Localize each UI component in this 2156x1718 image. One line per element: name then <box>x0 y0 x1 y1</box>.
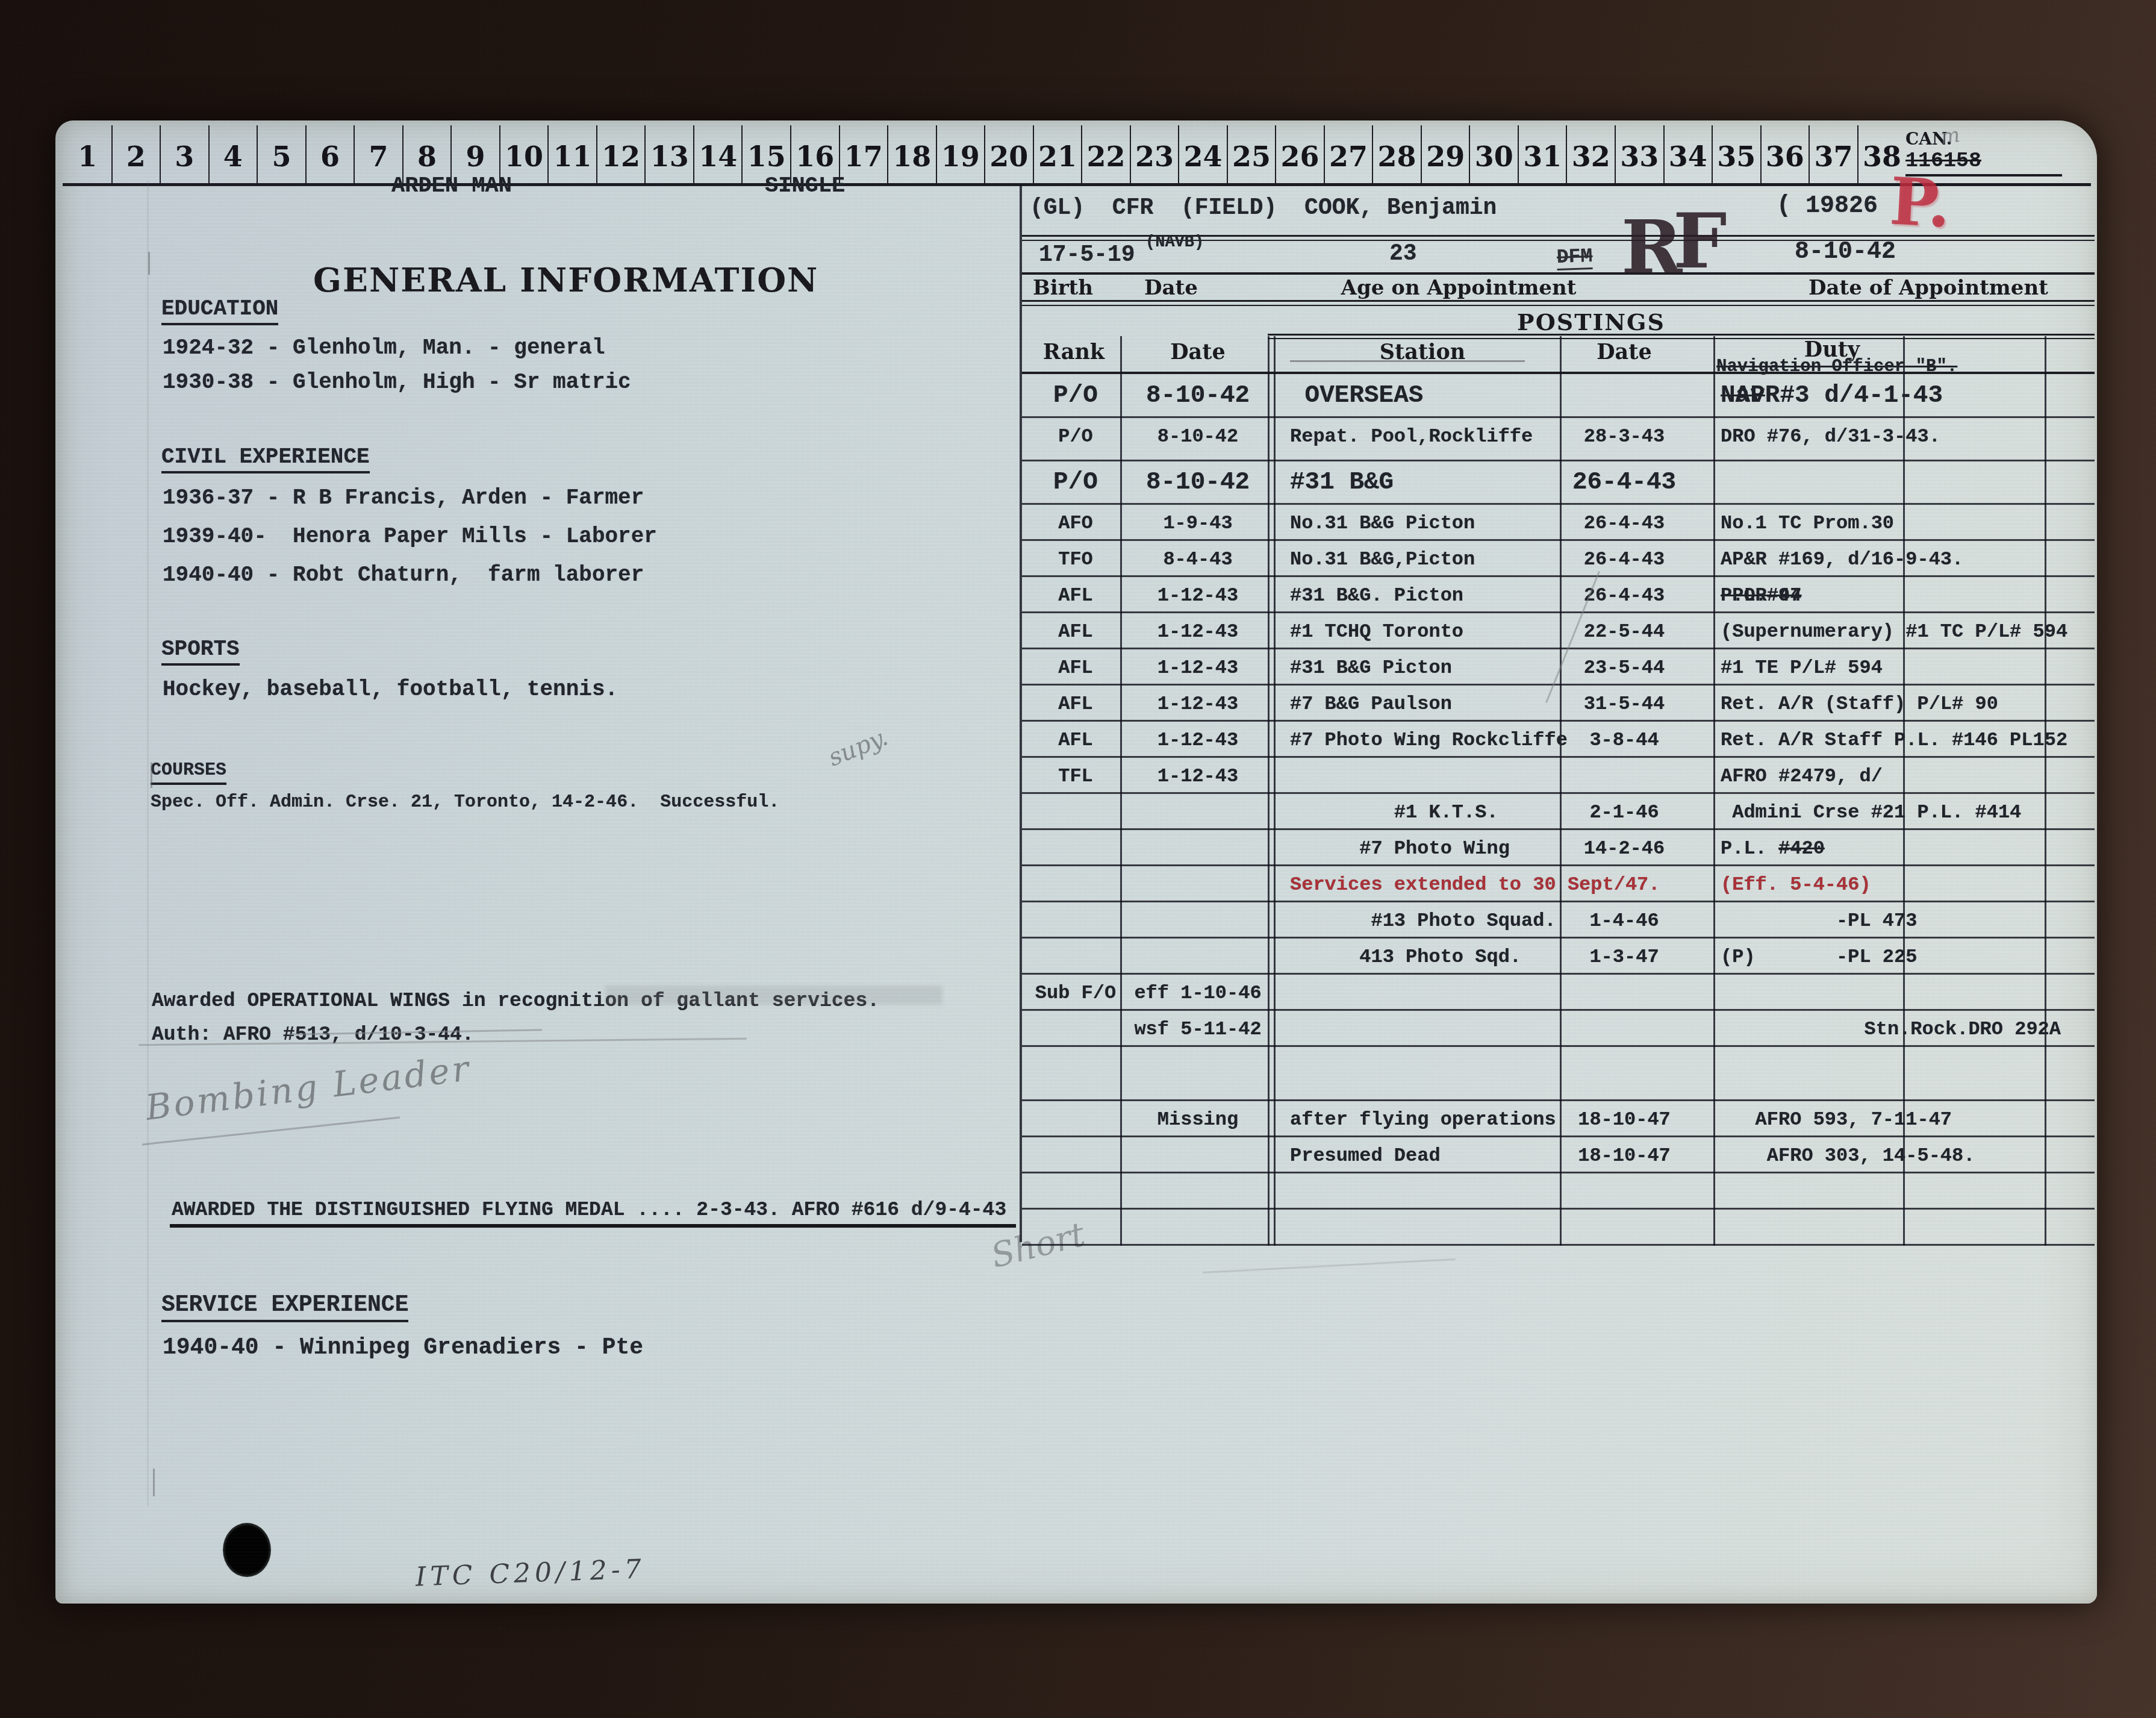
edge-mark <box>151 763 152 788</box>
paper-crease <box>147 181 149 1506</box>
ruler-number: 28 <box>1373 125 1422 183</box>
ruler-number: 13 <box>646 125 694 183</box>
scanned-record-card-page: 1234567891011121314151617181920212223242… <box>0 0 2156 1718</box>
ruler-number: 6 <box>307 125 355 183</box>
postings-title: POSTINGS <box>1290 308 1892 336</box>
ruler-number: 2 <box>113 125 161 183</box>
ruler-number: 20 <box>985 125 1034 183</box>
birth-date-field: 17-5-19 <box>1039 242 1135 268</box>
edge-mark <box>148 252 150 275</box>
postings-row-empty <box>1022 1210 2095 1246</box>
ruler-number: 17 <box>840 125 889 183</box>
pencil-mark: m <box>1939 123 1961 149</box>
civil-heading-text: CIVIL EXPERIENCE <box>161 445 370 473</box>
service-exp-lines: 1940-40 - Winnipeg Grenadiers - Pte <box>163 1330 643 1366</box>
ruler-number: 26 <box>1276 125 1325 183</box>
postings-row: TFL1-12-43AFRO #2479, d/ <box>1022 758 2095 794</box>
birth-note: (NAVB) <box>1145 234 1204 252</box>
location-field: ARDEN MAN <box>391 173 512 199</box>
ruler-number: 18 <box>888 125 937 183</box>
postings-row: TFO8-4-43No.31 B&G,Picton26-4-43AP&R #16… <box>1022 541 2095 577</box>
col-header-date2: Date <box>1552 340 1696 364</box>
top-rule <box>63 183 2091 186</box>
postings-row: #1 K.T.S.2-1-46 Admini Crse #21 P.L. #41… <box>1022 794 2095 830</box>
postings-row: #7 Photo Wing14-2-46P.L. #420 <box>1022 830 2095 866</box>
civil-heading: CIVIL EXPERIENCE <box>161 445 370 473</box>
ruler-number: 34 <box>1665 125 1713 183</box>
marital-status-field: SINGLE <box>765 173 845 199</box>
courses-heading: COURSES <box>151 760 226 785</box>
ruler-number: 19 <box>937 125 986 183</box>
courses-lines: Spec. Off. Admin. Crse. 21, Toronto, 14-… <box>151 788 779 817</box>
edge-mark <box>153 1469 155 1496</box>
pencil-scribble <box>1203 1258 1456 1273</box>
pencil-note-bombing-leader: Bombing Leader <box>143 1048 473 1128</box>
handwritten-itc: ITC C20/12-7 <box>415 1554 646 1592</box>
postings-row: Missingafter flying operations18-10-47 A… <box>1022 1101 2095 1137</box>
postings-row: 413 Photo Sqd.1-3-47(P) -PL 225 <box>1022 939 2095 975</box>
age-label: Age on Appointment <box>1290 276 1627 300</box>
ruler-number: 32 <box>1567 125 1616 183</box>
ruler-number: 29 <box>1422 125 1471 183</box>
ruler-number: 37 <box>1810 125 1858 183</box>
ruler-number: 1 <box>64 125 113 183</box>
postings-row: AFL1-12-43#1 TCHQ Toronto22-5-44(Supernu… <box>1022 613 2095 649</box>
postings-row: Sub F/Oeff 1-10-46 <box>1022 975 2095 1011</box>
service-exp-heading: SERVICE EXPERIENCE <box>161 1292 408 1322</box>
rule-below-labels <box>1022 300 2095 306</box>
ruler-number: 27 <box>1325 125 1374 183</box>
text-line: 1940-40 - Robt Chaturn, farm laborer <box>163 556 657 595</box>
postings-row: AFO1-9-43No.31 B&G Picton26-4-43No.1 TC … <box>1022 505 2095 541</box>
ruler-number: 11 <box>549 125 597 183</box>
postings-row: AFL1-12-43#7 B&G Paulson31-5-44Ret. A/R … <box>1022 686 2095 722</box>
civil-lines: 1936-37 - R B Francis, Arden - Farmer193… <box>163 479 657 595</box>
education-heading-text: EDUCATION <box>161 296 278 325</box>
sports-heading: SPORTS <box>161 637 240 666</box>
text-line: Hockey, baseball, football, tennis. <box>163 672 618 708</box>
rule-below-dates <box>1022 272 2095 275</box>
dfm-award-underline <box>170 1224 1016 1228</box>
ruler-number: 3 <box>161 125 210 183</box>
postings-row: #13 Photo Squad.1-4-46 -PL 473 <box>1022 902 2095 939</box>
general-info-title: GENERAL INFORMATION <box>313 260 818 299</box>
rf-stamp-r: R <box>1621 204 1678 290</box>
text-line: 1939-40- Henora Paper Mills - Laborer <box>163 517 657 556</box>
postings-row: wsf 5-11-42Stn.Rock.DRO 292A <box>1022 1011 2095 1047</box>
ruler-number: 22 <box>1082 125 1131 183</box>
birth-label: Birth <box>1033 276 1093 300</box>
ruler-number: 25 <box>1228 125 1277 183</box>
postings-row: Presumed Dead18-10-47 AFRO 303, 14-5-48. <box>1022 1137 2095 1173</box>
dfm-stamp: DFM <box>1556 245 1593 270</box>
station-header-strike-smudge <box>1290 360 1525 362</box>
service-number-field: ( 19826 <box>1777 193 1878 220</box>
date-label: Date <box>1144 276 1198 300</box>
pencil-note-supy: supy. <box>824 723 892 772</box>
index-ruler: 1234567891011121314151617181920212223242… <box>64 125 1905 183</box>
ruler-number: 21 <box>1034 125 1083 183</box>
ruler-number: 12 <box>597 125 646 183</box>
sports-lines: Hockey, baseball, football, tennis. <box>163 672 618 708</box>
ruler-number: 14 <box>694 125 743 183</box>
service-record-card: 1234567891011121314151617181920212223242… <box>55 120 2097 1604</box>
text-line: Spec. Off. Admin. Crse. 21, Toronto, 14-… <box>151 788 779 817</box>
pencil-smudge <box>605 986 942 1005</box>
name-field: (GL) CFR (FIELD) COOK, Benjamin <box>1030 195 1497 221</box>
col-header-date1: Date <box>1128 340 1268 364</box>
text-line: 1924-32 - Glenholm, Man. - general <box>163 331 631 365</box>
postings-row: Services extended to 30 Sept/47.(Eff. 5-… <box>1022 866 2095 902</box>
postings-row: AFL1-12-43#31 B&G Picton23-5-44#1 TE P/L… <box>1022 649 2095 686</box>
text-line: 1936-37 - R B Francis, Arden - Farmer <box>163 479 657 517</box>
dfm-award-line: AWARDED THE DISTINGUISHED FLYING MEDAL .… <box>172 1199 1006 1221</box>
punch-hole <box>223 1523 271 1577</box>
education-heading: EDUCATION <box>161 296 278 325</box>
ruler-number: 30 <box>1470 125 1519 183</box>
postings-row: AFL1-12-43#31 B&G. Picton26-4-43P.L.#44 … <box>1022 577 2095 613</box>
duty-header-struck: Navigation Officer "B". <box>1716 357 1957 376</box>
age-field: 23 <box>1389 241 1417 267</box>
postings-row: AFL1-12-43#7 Photo Wing Rockcliffe3-8-44… <box>1022 722 2095 758</box>
postings-row: P/O8-10-42 OVERSEASNav APR#3 d/4-1-43 <box>1022 375 2095 418</box>
ruler-number: 4 <box>210 125 258 183</box>
sports-heading-text: SPORTS <box>161 637 240 666</box>
postings-row: P/O8-10-42Repat. Pool,Rockliffe28-3-43DR… <box>1022 418 2095 461</box>
p-stamp: P. <box>1888 163 1952 242</box>
table-top-rule <box>1268 334 2095 339</box>
postings-row-empty <box>1022 1173 2095 1210</box>
text-line: 1930-38 - Glenholm, High - Sr matric <box>163 365 631 399</box>
ruler-number: 35 <box>1713 125 1762 183</box>
rf-stamp-f: F <box>1673 196 1727 286</box>
appointment-date-field: 8-10-42 <box>1795 239 1896 266</box>
ruler-number: 23 <box>1131 125 1180 183</box>
appointment-label: Date of Appointment <box>1772 276 2085 300</box>
ruler-number: 36 <box>1762 125 1810 183</box>
postings-row <box>1022 1047 2095 1101</box>
courses-heading-text: COURSES <box>151 760 226 785</box>
col-header-rank: Rank <box>1026 340 1122 364</box>
service-exp-heading-text: SERVICE EXPERIENCE <box>161 1292 408 1322</box>
ruler-number: 24 <box>1179 125 1228 183</box>
education-lines: 1924-32 - Glenholm, Man. - general1930-3… <box>163 331 631 399</box>
postings-row: P/O8-10-42#31 B&G26-4-43 <box>1022 461 2095 505</box>
text-line: 1940-40 - Winnipeg Grenadiers - Pte <box>163 1330 643 1366</box>
serial-label: CAN. <box>1905 129 2062 149</box>
text-line: Auth: AFRO #513, d/10-3-44. <box>152 1018 879 1052</box>
ruler-number: 5 <box>258 125 307 183</box>
ruler-number: 31 <box>1519 125 1568 183</box>
ruler-number: 33 <box>1616 125 1665 183</box>
